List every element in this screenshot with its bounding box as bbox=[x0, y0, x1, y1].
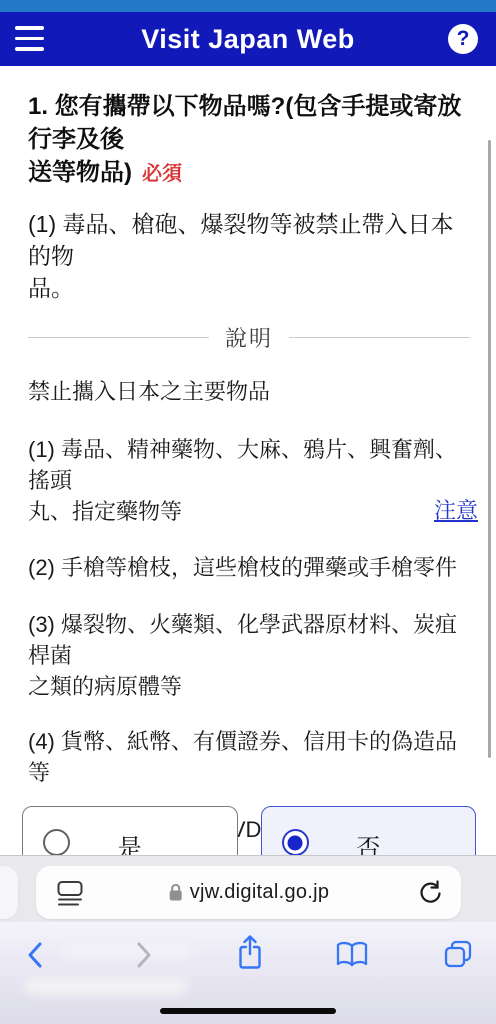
blurred-ghost-content bbox=[62, 946, 192, 958]
share-icon[interactable] bbox=[234, 933, 266, 978]
prohibited-item-1: (1) 毒品、精神藥物、大麻、鴉片、興奮劑、搖頭 丸、指定藥物等 注意 bbox=[28, 434, 470, 527]
prohibited-item-4: (4) 貨幣、紙幣、有價證券、信用卡的偽造品等 bbox=[28, 726, 470, 788]
status-bar bbox=[0, 0, 496, 12]
iphone-safari-screen: Visit Japan Web ? 1. 您有攜帶以下物品嗎?(包含手提或寄放行… bbox=[0, 0, 496, 1024]
url-text: vjw.digital.go.jp bbox=[190, 881, 330, 904]
back-icon[interactable] bbox=[24, 939, 48, 976]
explanation-divider: 說明 bbox=[28, 324, 470, 351]
question-title: 1. 您有攜帶以下物品嗎?(包含手提或寄放行李及後 送等物品)必須 bbox=[28, 90, 470, 191]
page-title: Visit Japan Web bbox=[0, 24, 496, 55]
radio-no-selected[interactable] bbox=[282, 829, 309, 855]
help-icon[interactable]: ? bbox=[448, 24, 478, 54]
blurred-ghost-content bbox=[25, 978, 187, 995]
answer-no-card[interactable]: 否 bbox=[261, 806, 477, 855]
radio-yes-unselected[interactable] bbox=[43, 829, 70, 855]
page-scrollbar[interactable] bbox=[488, 140, 491, 758]
prohibited-item-3: (3) 爆裂物、火藥類、化學武器原材料、炭疽桿菌 之類的病原體等 bbox=[28, 609, 470, 702]
answer-yes-card[interactable]: 是 bbox=[22, 806, 238, 855]
answer-radio-group: 是 否 bbox=[22, 806, 476, 855]
notice-link[interactable]: 注意 bbox=[434, 495, 478, 526]
explanation-heading: 禁止攜入日本之主要物品 bbox=[28, 377, 470, 407]
tabs-icon[interactable] bbox=[442, 938, 474, 975]
reader-icon[interactable] bbox=[56, 879, 84, 907]
bookmarks-icon[interactable] bbox=[334, 939, 370, 976]
hamburger-menu-icon[interactable] bbox=[15, 26, 44, 51]
divider-line-left bbox=[28, 337, 209, 338]
divider-label: 說明 bbox=[225, 322, 273, 353]
question-subtitle: (1) 毒品、槍砲、爆裂物等被禁止帶入日本的物 品。 bbox=[28, 208, 470, 304]
required-badge: 必須 bbox=[142, 163, 182, 185]
forward-icon[interactable] bbox=[131, 939, 155, 976]
lock-icon bbox=[168, 883, 183, 902]
app-header: Visit Japan Web ? bbox=[0, 12, 496, 66]
divider-line-right bbox=[289, 337, 470, 338]
question-line2: 送等物品)必須 bbox=[28, 156, 470, 191]
address-bar[interactable]: vjw.digital.go.jp bbox=[36, 866, 461, 919]
home-indicator[interactable] bbox=[160, 1008, 336, 1014]
reload-icon[interactable] bbox=[417, 879, 445, 907]
url-display[interactable]: vjw.digital.go.jp bbox=[168, 866, 330, 919]
adjacent-tab-edge[interactable] bbox=[0, 866, 18, 919]
browser-address-row: vjw.digital.go.jp bbox=[0, 855, 496, 922]
browser-toolbar bbox=[0, 922, 496, 1024]
page-content: 1. 您有攜帶以下物品嗎?(包含手提或寄放行李及後 送等物品)必須 (1) 毒品… bbox=[0, 66, 496, 855]
question-line1: 1. 您有攜帶以下物品嗎?(包含手提或寄放行李及後 bbox=[28, 90, 470, 156]
prohibited-item-2: (2) 手槍等槍枝，這些槍枝的彈藥或手槍零件 bbox=[28, 552, 470, 583]
